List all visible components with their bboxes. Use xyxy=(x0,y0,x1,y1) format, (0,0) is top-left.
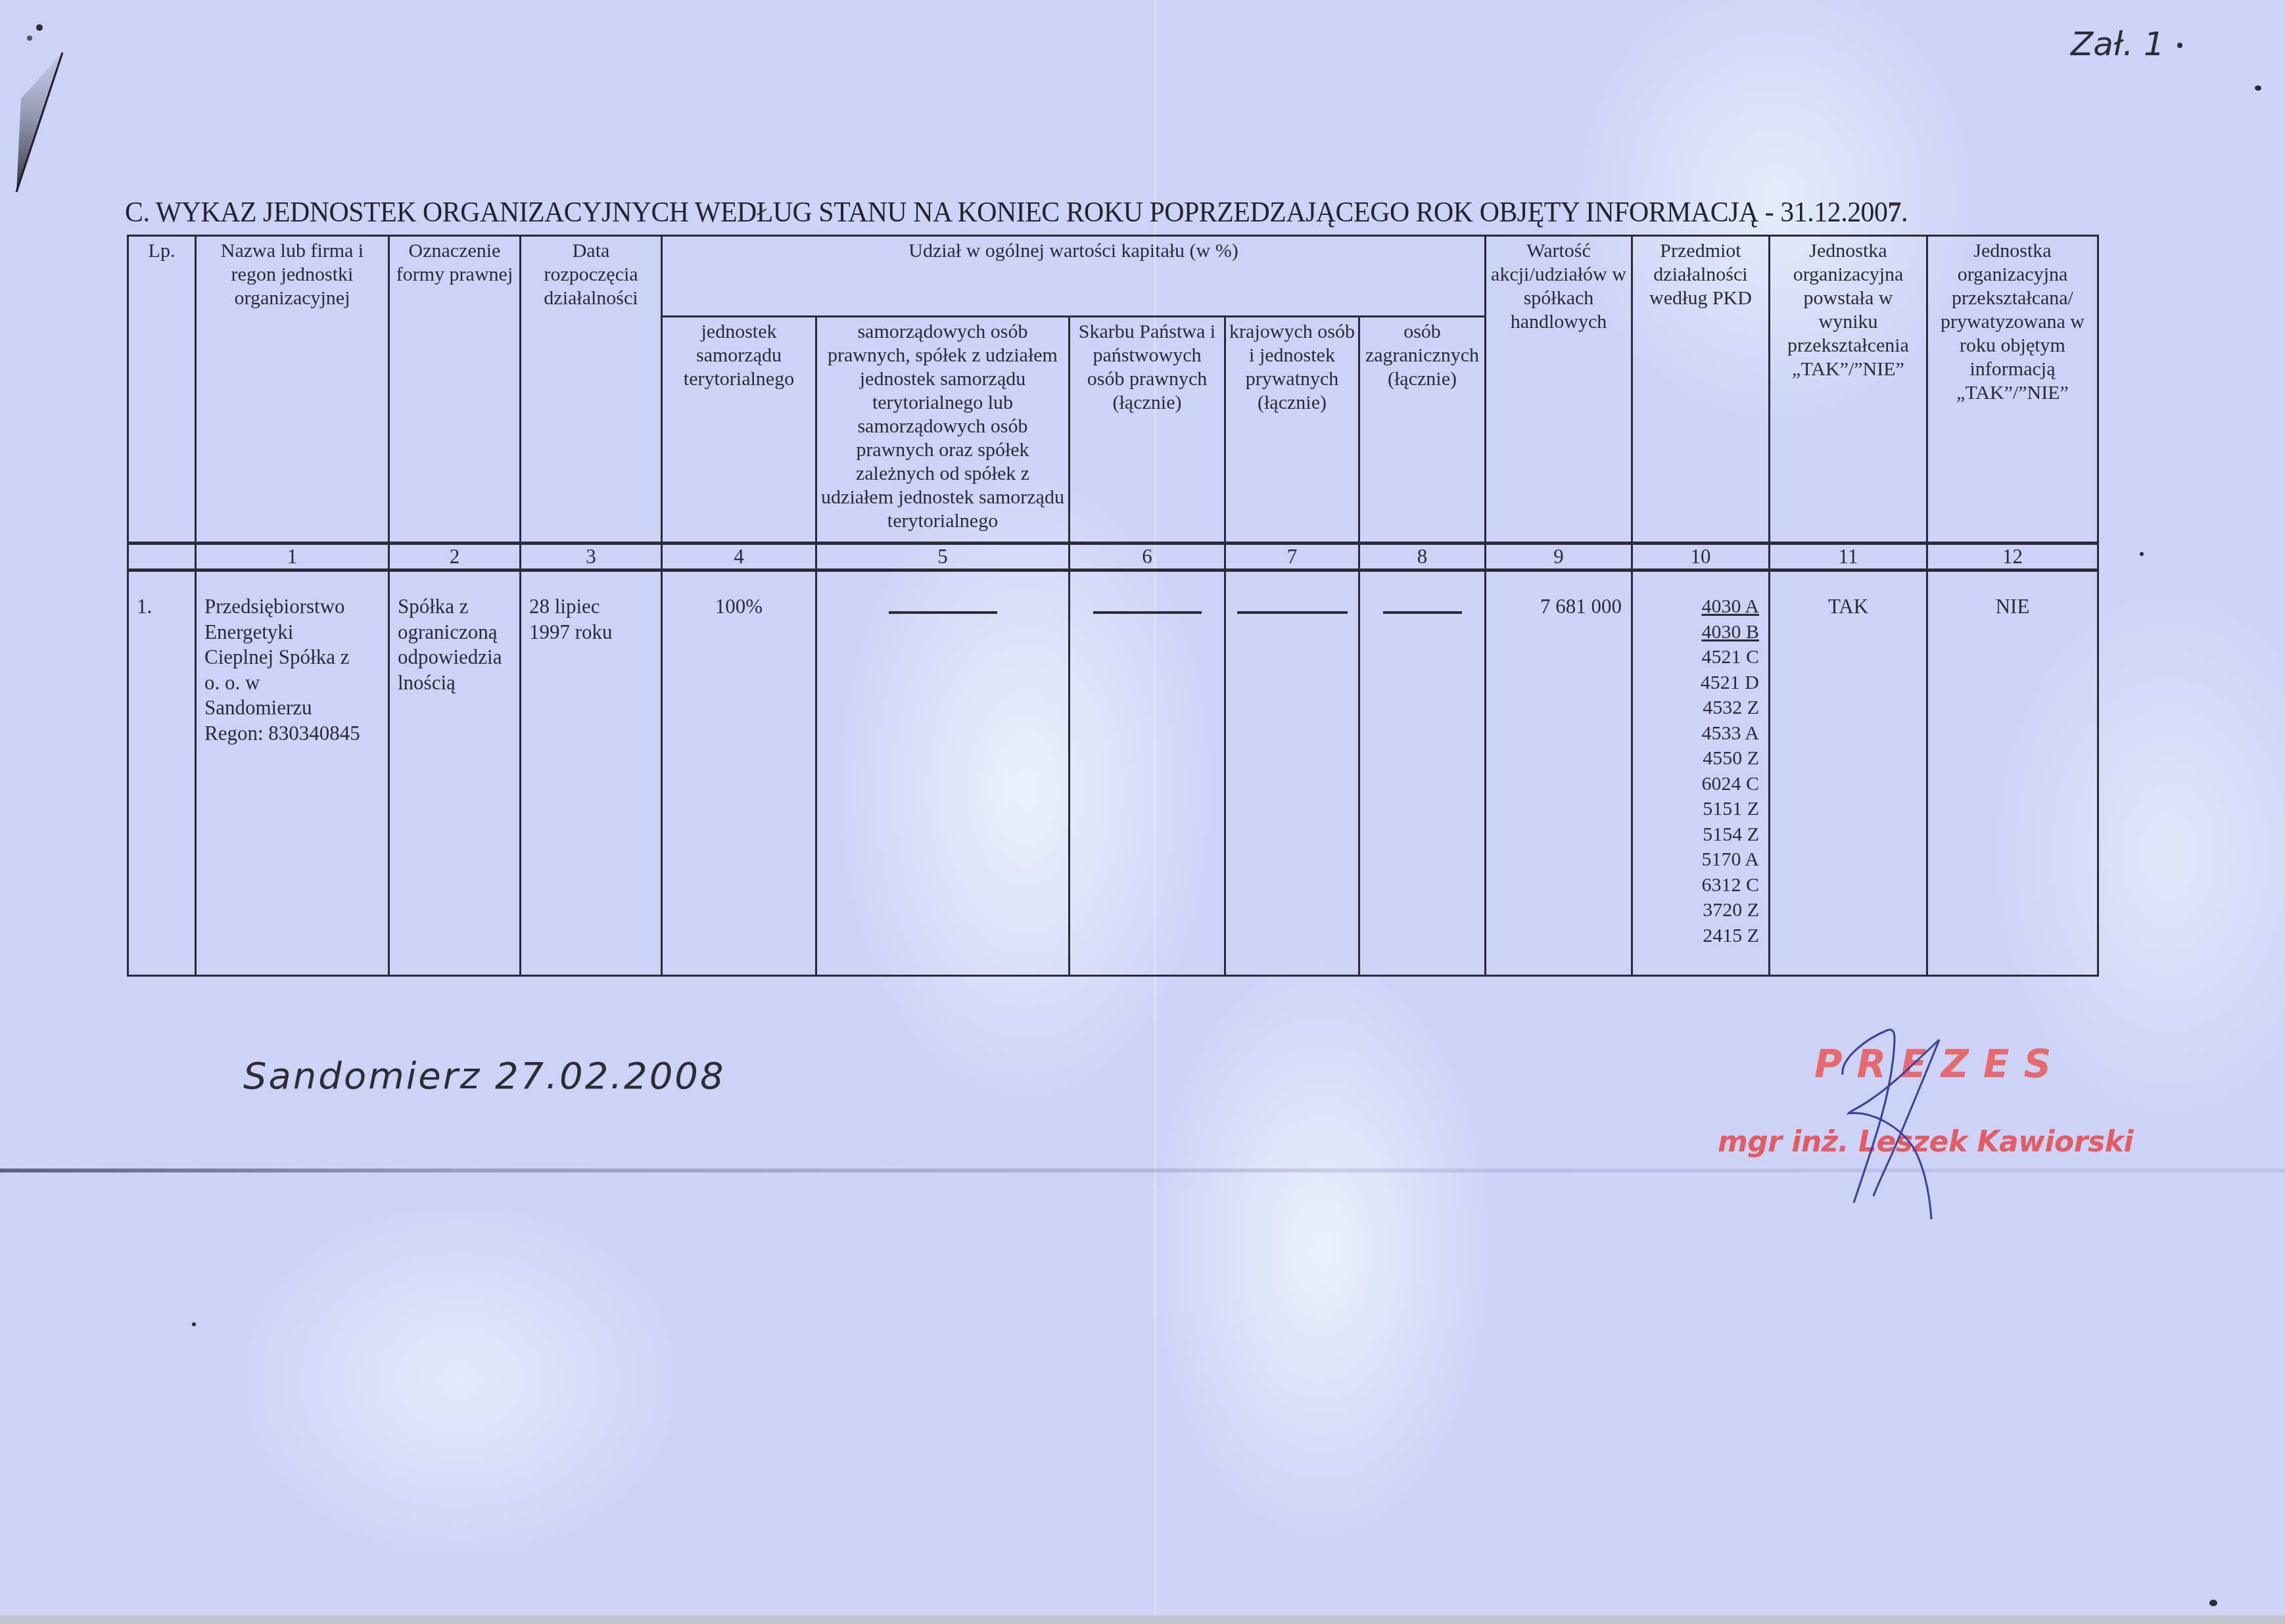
pkd-code: 6024 C xyxy=(1701,772,1759,797)
pkd-code: 4532 Z xyxy=(1701,695,1759,721)
column-number: 3 xyxy=(521,544,662,570)
cell-jst-share: 100% xyxy=(662,570,816,976)
pkd-code: 3720 Z xyxy=(1701,898,1759,923)
pkd-code: 5154 Z xyxy=(1701,822,1759,848)
column-number-blank xyxy=(128,544,196,570)
pkd-code: 4521 C xyxy=(1701,645,1759,670)
column-number: 8 xyxy=(1359,544,1486,570)
subheader-skarb: Skarbu Państwa i państwowych osób prawny… xyxy=(1070,317,1225,544)
name-line: o. o. w xyxy=(204,670,385,696)
cell-shares-value: 7 681 000 xyxy=(1486,570,1632,976)
title-period: . xyxy=(1901,195,1908,228)
signature-icon xyxy=(1676,1012,2136,1222)
empty-dash xyxy=(889,611,997,614)
name-line: Cieplnej Spółka z xyxy=(204,645,385,670)
cell-transformed-in-year: NIE xyxy=(1927,570,2098,976)
column-number: 7 xyxy=(1225,544,1359,570)
column-number: 6 xyxy=(1070,544,1225,570)
organizational-units-table: Lp. Nazwa lub firma i regon jednostki or… xyxy=(127,235,2099,977)
section-title-text: C. WYKAZ JEDNOSTEK ORGANIZACYJNYCH WEDŁU… xyxy=(125,195,1888,228)
subheader-zagraniczne: osób zagranicznych (łącznie) xyxy=(1359,317,1486,544)
legal-form-line: odpowiedzia xyxy=(398,645,517,670)
header-transformed-in-year: Jednostka organizacyjna przekształcana/ … xyxy=(1927,236,2098,544)
corner-fold-shadow xyxy=(0,0,171,210)
subheader-samorzad: samorządowych osób prawnych, spółek z ud… xyxy=(816,317,1070,544)
regon-line: Regon: 830340845 xyxy=(204,721,385,747)
cell-zagraniczne-share xyxy=(1359,570,1486,976)
cell-name: Przedsiębiorstwo Energetyki Cieplnej Spó… xyxy=(196,570,389,976)
cell-pkd: 4030 A4030 B4521 C4521 D4532 Z4533 A4550… xyxy=(1632,570,1770,976)
ink-dot xyxy=(2209,1600,2217,1606)
year-overwrite: 7 xyxy=(1888,195,1901,228)
name-line: Energetyki xyxy=(204,620,385,645)
cell-krajowe-share xyxy=(1225,570,1359,976)
column-number: 11 xyxy=(1770,544,1927,570)
cell-skarb-share xyxy=(1070,570,1225,976)
start-date-line: 28 lipiec xyxy=(529,594,658,620)
cell-samorzad-share xyxy=(816,570,1070,976)
legal-form-line: Spółka z xyxy=(398,594,517,620)
header-shares-value: Wartość akcji/udziałów w spółkach handlo… xyxy=(1486,236,1632,544)
column-number: 10 xyxy=(1632,544,1770,570)
subheader-krajowe: krajowych osób i jednostek prywatnych (ł… xyxy=(1225,317,1359,544)
empty-dash xyxy=(1383,611,1462,614)
ink-dot xyxy=(2255,85,2261,91)
pkd-code-list: 4030 A4030 B4521 C4521 D4532 Z4533 A4550… xyxy=(1701,594,1768,948)
name-line: Przedsiębiorstwo xyxy=(204,594,385,620)
column-number: 4 xyxy=(662,544,816,570)
scan-bottom-edge xyxy=(0,1615,2285,1624)
column-number: 2 xyxy=(389,544,521,570)
cell-created-by-transformation: TAK xyxy=(1770,570,1927,976)
ink-dot xyxy=(2140,552,2144,556)
column-number: 1 xyxy=(196,544,389,570)
header-capital-share: Udział w ogólnej wartości kapitału (w %) xyxy=(662,236,1486,317)
pkd-code: 4030 A xyxy=(1701,594,1759,620)
ink-dot xyxy=(2177,43,2182,48)
header-pkd: Przedmiot działalności według PKD xyxy=(1632,236,1770,544)
empty-dash xyxy=(1093,611,1202,614)
legal-form-line: ograniczoną xyxy=(398,620,517,645)
pkd-code: 5170 A xyxy=(1701,847,1759,873)
table-row: 1. Przedsiębiorstwo Energetyki Cieplnej … xyxy=(128,570,2098,976)
section-title: C. WYKAZ JEDNOSTEK ORGANIZACYJNYCH WEDŁU… xyxy=(125,195,1898,229)
pkd-code: 6312 C xyxy=(1701,873,1759,898)
pkd-code: 4550 Z xyxy=(1701,746,1759,772)
attachment-annotation: Zał. 1 xyxy=(2071,25,2165,63)
cell-start-date: 28 lipiec 1997 roku xyxy=(521,570,662,976)
ink-dot xyxy=(192,1322,196,1326)
column-number: 9 xyxy=(1486,544,1632,570)
cell-lp: 1. xyxy=(128,570,196,976)
header-start-date: Data rozpoczęcia działalności xyxy=(521,236,662,544)
legal-form-line: lnością xyxy=(398,670,517,696)
pkd-code: 2415 Z xyxy=(1701,923,1759,949)
header-legal-form: Oznaczenie formy prawnej xyxy=(389,236,521,544)
start-date-line: 1997 roku xyxy=(529,620,658,645)
column-number: 5 xyxy=(816,544,1070,570)
header-lp: Lp. xyxy=(128,236,196,544)
place-date-handwritten: Sandomierz 27.02.2008 xyxy=(243,1055,726,1098)
pkd-code: 4533 A xyxy=(1701,721,1759,747)
header-name: Nazwa lub firma i regon jednostki organi… xyxy=(196,236,389,544)
empty-dash xyxy=(1237,611,1348,614)
header-created-by-transformation: Jednostka organizacyjna powstała w wynik… xyxy=(1770,236,1927,544)
pkd-code: 4521 D xyxy=(1701,670,1759,696)
subheader-jst: jednostek samorządu terytorialnego xyxy=(662,317,816,544)
column-number: 12 xyxy=(1927,544,2098,570)
pkd-code: 4030 B xyxy=(1701,620,1759,645)
pkd-code: 5151 Z xyxy=(1701,797,1759,822)
name-line: Sandomierzu xyxy=(204,695,385,721)
cell-legal-form: Spółka z ograniczoną odpowiedzia lnością xyxy=(389,570,521,976)
